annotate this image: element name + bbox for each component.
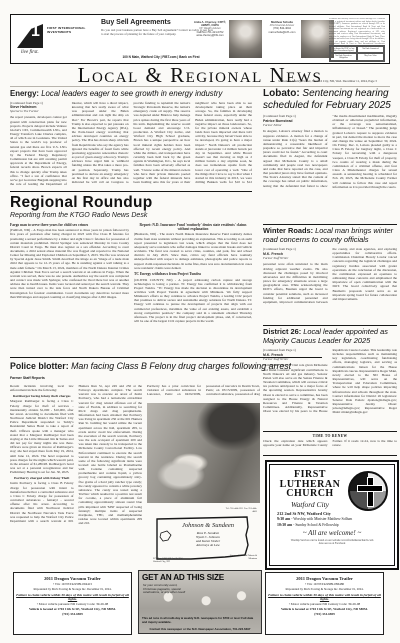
church-service-1: 9:30 am - Worship with Minister Matthew … bbox=[267, 517, 397, 521]
police-body-left: Recent incidents involving local law enf… bbox=[10, 384, 142, 566]
district-top-rule bbox=[263, 325, 397, 326]
roundup-story3-head: TC Energy withdraws from Project Tundra bbox=[134, 272, 252, 276]
agent1-headshot-photo bbox=[229, 20, 262, 58]
trailer-left-vin: • Vin: 1UNST4225BL094415 bbox=[14, 582, 131, 586]
trailer-left-location: Vehicle is located at 1704 11th St SE, W… bbox=[14, 607, 131, 611]
church-service-2: 10:30 am - Sunday School & Fellowship bbox=[267, 523, 397, 527]
church-time-2: 10:30 am bbox=[277, 523, 292, 527]
renew-body-text: Check the expiration date which appears … bbox=[263, 439, 397, 447]
law-partners: Ross E. Sundeen Wyatt C. Johnson and Kar… bbox=[177, 531, 239, 547]
getad-contact: Contact this newspaper or the N.D. Newsp… bbox=[142, 627, 258, 631]
church-ad: FIRST LUTHERAN CHURCH Watford City 212 2… bbox=[265, 460, 399, 570]
banner-ad-title: Buy Sell Agreements bbox=[101, 19, 171, 26]
energy-body: (Continued from Page 1) Steve Hallstrom … bbox=[10, 101, 252, 188]
roundup-top-rule bbox=[10, 191, 252, 192]
trailer-left-phone: (701) 334-6859 bbox=[14, 612, 131, 616]
lobato-body: (Continued from Page 1) Patrice Bumstead… bbox=[263, 114, 397, 222]
disclaimer-cell: May Lose Value bbox=[357, 53, 384, 60]
law-office-ad: Tel: 701-444-2211 Fax 701-444-4003 Johns… bbox=[151, 507, 259, 567]
disclaimer-cell: Not Insured by FDIC or Any Other Governm… bbox=[330, 46, 357, 53]
winter-body: (Continued from Page 1) M.K. French Farm… bbox=[263, 247, 397, 322]
logo-tagline: live first. bbox=[21, 50, 39, 55]
police-strip-text: Portberry has a prior conviction for vio… bbox=[147, 384, 260, 396]
roundup-story2-head: Report: N.D. Insurance Fund 'routinely' … bbox=[134, 223, 252, 231]
lobato-byline-role: Farmer Editor bbox=[263, 123, 328, 127]
roundup-story2-body: (Bismarck, ND) - The state's North Dakot… bbox=[134, 232, 252, 269]
agent2-email: matt.schulte@LPL.com bbox=[265, 31, 299, 34]
get-an-ad-ad: GET AN AD THIS SIZE for your community e… bbox=[138, 570, 262, 634]
trailer-ad-right: 2011 Dragon Vacuum Trailer • Vin: 1UNST4… bbox=[265, 572, 384, 635]
district-continued: (Continued from Page 1) bbox=[263, 348, 328, 352]
trailer-left-code: • Motor vehicle pursuant ND Century Code… bbox=[14, 602, 131, 606]
renew-body: Check the expiration date which appears … bbox=[263, 439, 397, 453]
law-phone: Tel: 701-444-2211 Fax 701-444-4003 bbox=[223, 508, 257, 514]
trailer-ad-left: 2011 Dragon Vacuum Trailer • Vin: 1UNST4… bbox=[13, 572, 132, 635]
trailer-right-code: • Motor vehicle pursuant ND Century Code… bbox=[266, 602, 383, 606]
trailer-right-impound: Impounded by Mat's Towing & Storage Inc.… bbox=[266, 587, 383, 591]
law-firm-name: Johnson & Sundeen bbox=[173, 522, 243, 529]
police-kicker: Police blotter: bbox=[10, 361, 69, 371]
energy-byline-role: Special to The Farmer bbox=[10, 109, 67, 113]
trailer-right-warning: Failure to claim vehicle within 30 days … bbox=[266, 593, 383, 601]
roundup-story1-body: (FARGO, ND) - A Fargo man has been sente… bbox=[10, 228, 129, 299]
winter-headline: Winter Roads: Local man brings winter ro… bbox=[263, 227, 398, 244]
trailer-left-title: 2011 Dragon Vacuum Trailer bbox=[14, 576, 131, 581]
top-ad-banner: 1 FIRST INTERNATIONAL INVESTMENTS live f… bbox=[10, 14, 390, 64]
church-address: 212 2nd St NW, Watford City bbox=[267, 511, 397, 516]
first-international-logo: 1 FIRST INTERNATIONAL INVESTMENTS live f… bbox=[17, 20, 95, 58]
trailer-left-warning: Failure to claim vehicle within 30 days … bbox=[14, 593, 131, 601]
logo-number-one: 1 bbox=[31, 23, 40, 41]
roundup-col-a: Fargo man to serve three years for child… bbox=[10, 223, 129, 356]
agent1-info: Anita A. Cherney, CFP®, AWM®, CEPA VP, W… bbox=[193, 21, 227, 37]
page-citation: McKenzie County Farmer, Watford City, ND… bbox=[258, 79, 397, 83]
trailer-right-phone: (701) 334-6859 bbox=[266, 612, 383, 616]
church-service-2-text: - Sunday School & Fellowship bbox=[292, 523, 338, 527]
church-city-script: Watford City bbox=[267, 500, 353, 509]
roundup-story1-head: Fargo man to serve three years for child… bbox=[10, 223, 129, 227]
law-title: Attorneys At Law bbox=[177, 543, 239, 547]
church-footer-2: Also see us on Facebook bbox=[267, 542, 397, 545]
handcuffs-photo bbox=[147, 403, 260, 503]
police-body-strip: Portberry has a prior conviction for vio… bbox=[147, 384, 260, 400]
district-body: (Continued from Page 1) M.K. French Farm… bbox=[263, 348, 397, 428]
police-headline: Police blotter: Man facing Class B Felon… bbox=[10, 361, 291, 371]
police-intro: Recent incidents involving local law enf… bbox=[10, 384, 74, 392]
disclaimer-cell: Not Bank Deposits or Obligations bbox=[330, 53, 357, 60]
disclaimer-text: Securities and advisory services are off… bbox=[329, 18, 385, 44]
getad-footer: This ad runs in all multi-day & weekly N… bbox=[142, 617, 258, 624]
lobato-continued: (Continued from Page 1) bbox=[263, 114, 328, 118]
cross-vertical-bar bbox=[367, 477, 374, 507]
agent2-info: Matthew Schulte FIS Financial Advisor (7… bbox=[265, 21, 299, 34]
roundup-title: Regional Roundup bbox=[10, 194, 153, 212]
law-licensed: Licensed in North Dakota & Montana bbox=[229, 555, 257, 561]
energy-kicker: Energy: bbox=[10, 89, 39, 98]
district-byline-role: Farmer Staff Writer bbox=[263, 357, 328, 361]
energy-body-text: the report presents, developers cannot g… bbox=[10, 101, 252, 186]
cross-horizontal-bar bbox=[357, 485, 383, 492]
agent1-email: anita.cherney@fibt.com bbox=[193, 34, 227, 37]
winter-byline-role: Farmer Staff Writer bbox=[263, 256, 328, 260]
trailer-left-impound: Impounded by Mat's Towing & Storage Inc.… bbox=[14, 587, 131, 591]
energy-headline-text: Local leaders eager to see growth in ene… bbox=[39, 89, 222, 98]
newspaper-page: 1 FIRST INTERNATIONAL INVESTMENTS live f… bbox=[0, 0, 400, 643]
disclaimer-cell: Not Bank Guaranteed bbox=[357, 46, 384, 53]
trailer-right-location: Vehicle is located at 1704 11th St SE, W… bbox=[266, 607, 383, 611]
police-body-1: Margaret Rothberger is facing a Class C … bbox=[10, 399, 74, 474]
lobato-headline: Lobato: Sentencing hearing scheduled for… bbox=[263, 88, 398, 111]
lobato-kicker: Lobato: bbox=[263, 88, 300, 99]
logo-company-name: FIRST INTERNATIONAL INVESTMENTS bbox=[47, 27, 95, 34]
renew-bottom-rule bbox=[263, 455, 397, 456]
church-cross-logo-icon bbox=[348, 471, 388, 511]
banner-disclaimer: Securities and advisory services are off… bbox=[329, 18, 385, 60]
roundup-subtitle: Reporting from the KTGO Radio News Desk bbox=[10, 212, 147, 219]
district-headline: District 26: Local leader appointed as M… bbox=[263, 328, 398, 345]
winter-continued: (Continued from Page 1) bbox=[263, 247, 328, 251]
trailer-right-vin: • Vin: 1UNST4229BL086480 bbox=[266, 582, 383, 586]
roundup-col-b: Report: N.D. Insurance Fund 'routinely' … bbox=[134, 223, 252, 356]
police-subhead-1: Rothberger facing felony theft charges bbox=[10, 394, 74, 398]
police-subhead-2: Portberry charged with Felony Theft bbox=[10, 476, 74, 480]
getad-subtext: for your community event, Christmas page… bbox=[143, 584, 187, 595]
police-headline-text: Man facing Class B Felony drug charges f… bbox=[69, 361, 291, 371]
renew-top-rule bbox=[263, 431, 397, 432]
church-service-1-text: - Worship with Minister Matthew Sollum bbox=[290, 517, 352, 521]
renew-title: TIME TO RENEW bbox=[263, 434, 397, 438]
energy-headline: Energy: Local leaders eager to see growt… bbox=[10, 89, 222, 98]
church-welcome-script: ~ All are welcome! ~ bbox=[267, 529, 397, 537]
masthead-rule bbox=[10, 86, 390, 87]
section-masthead: Local & Regional News bbox=[0, 63, 400, 88]
church-time-1: 9:30 am bbox=[277, 517, 290, 521]
law-address: P.O. Box 1096 208 2nd St NW Watford City… bbox=[153, 558, 183, 564]
renew-box: TIME TO RENEW Check the expiration date … bbox=[263, 433, 397, 453]
banner-address-strip: 100 N Main, Watford City | FIBT.com | Ba… bbox=[71, 55, 251, 59]
winter-top-rule bbox=[263, 224, 397, 225]
getad-headline: GET AN AD THIS SIZE bbox=[139, 571, 261, 582]
church-name-line3: CHURCH bbox=[267, 489, 353, 499]
police-byline: Farmer Staff Reports bbox=[10, 376, 45, 380]
trailer-right-title: 2011 Dragon Vacuum Trailer bbox=[266, 576, 383, 581]
disclaimer-table: Not Insured by FDIC or Any Other Governm… bbox=[329, 45, 385, 62]
roundup-story3-body: (OLIVER COUNTY, ND) - A project addressi… bbox=[134, 278, 252, 324]
